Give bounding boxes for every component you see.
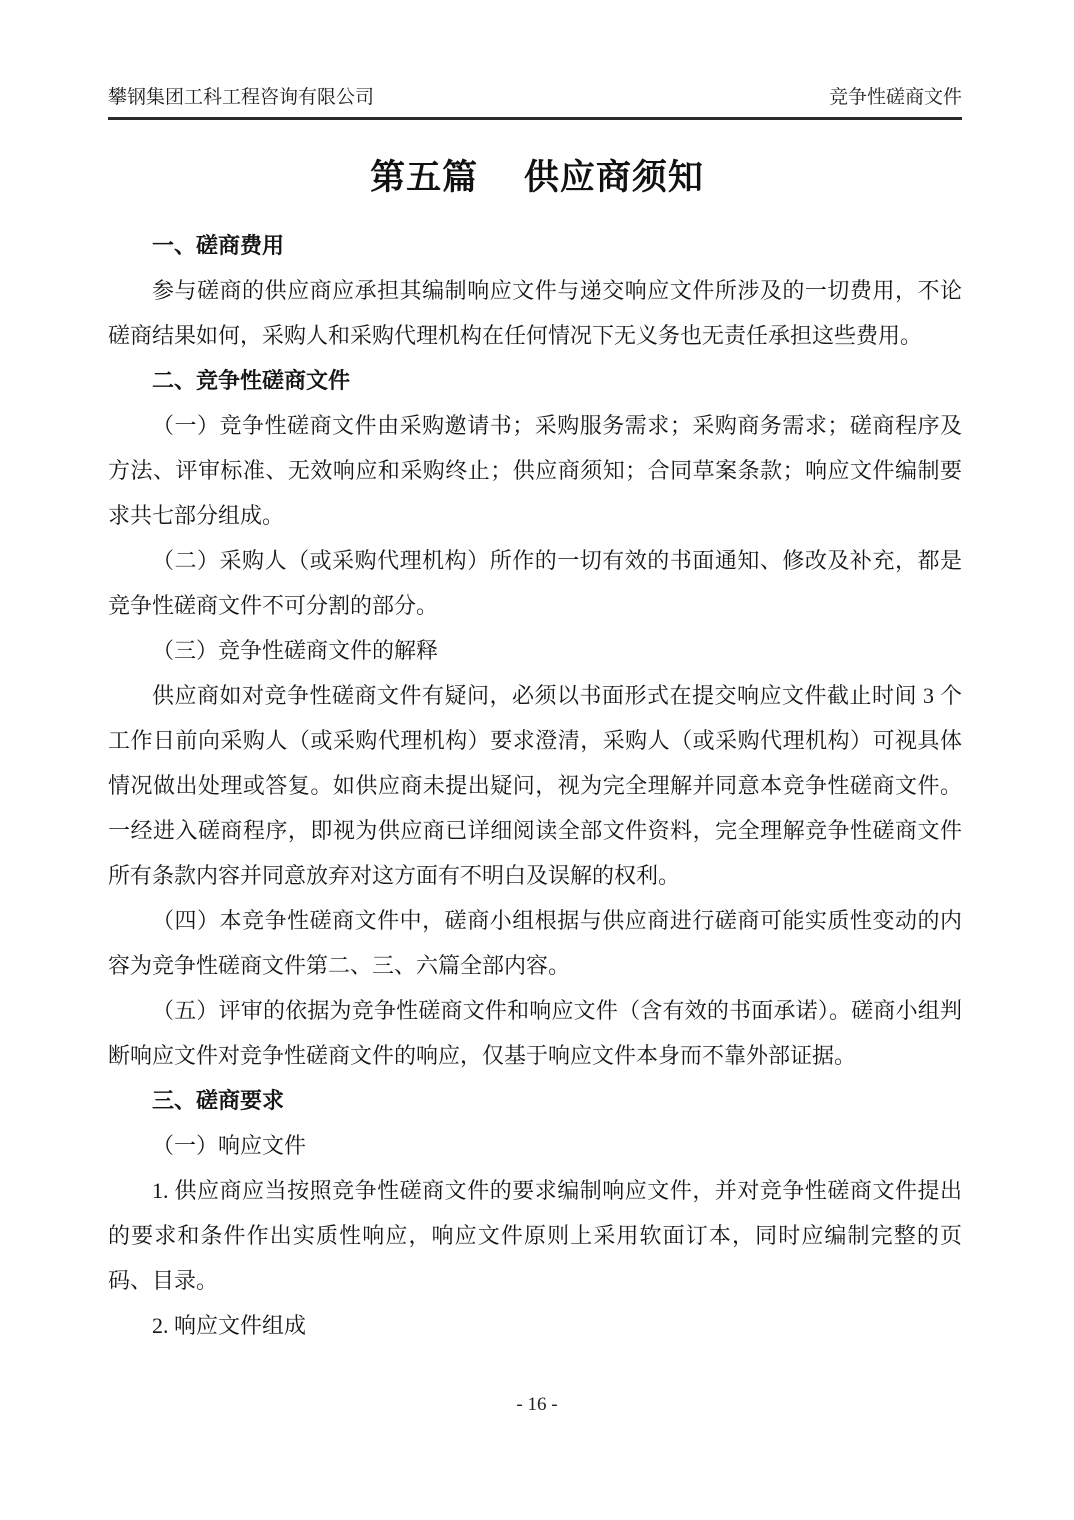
page-number: - 16 - bbox=[0, 1394, 1074, 1416]
paragraph: （四）本竞争性磋商文件中，磋商小组根据与供应商进行磋商可能实质性变动的内容为竞争… bbox=[108, 898, 962, 988]
paragraph: 参与磋商的供应商应承担其编制响应文件与递交响应文件所涉及的一切费用，不论磋商结果… bbox=[108, 268, 962, 358]
section-heading: 二、竞争性磋商文件 bbox=[108, 358, 962, 403]
section-heading: 一、磋商费用 bbox=[108, 223, 962, 268]
paragraph: （五）评审的依据为竞争性磋商文件和响应文件（含有效的书面承诺）。磋商小组判断响应… bbox=[108, 988, 962, 1078]
paragraph: （一）响应文件 bbox=[108, 1123, 962, 1168]
document-body: 一、磋商费用参与磋商的供应商应承担其编制响应文件与递交响应文件所涉及的一切费用，… bbox=[108, 223, 962, 1348]
paragraph: （一）竞争性磋商文件由采购邀请书；采购服务需求；采购商务需求；磋商程序及方法、评… bbox=[108, 403, 962, 538]
header-company-name: 攀钢集团工科工程咨询有限公司 bbox=[108, 86, 374, 110]
paragraph: （二）采购人（或采购代理机构）所作的一切有效的书面通知、修改及补充，都是竞争性磋… bbox=[108, 538, 962, 628]
paragraph: 1. 供应商应当按照竞争性磋商文件的要求编制响应文件，并对竞争性磋商文件提出的要… bbox=[108, 1168, 962, 1303]
page-title: 第五篇 供应商须知 bbox=[0, 150, 1074, 200]
page-header: 攀钢集团工科工程咨询有限公司 竞争性磋商文件 bbox=[108, 86, 962, 120]
paragraph: （三）竞争性磋商文件的解释 bbox=[108, 628, 962, 673]
paragraph: 供应商如对竞争性磋商文件有疑问，必须以书面形式在提交响应文件截止时间 3 个工作… bbox=[108, 673, 962, 898]
header-doc-type: 竞争性磋商文件 bbox=[829, 86, 962, 110]
paragraph: 2. 响应文件组成 bbox=[108, 1303, 962, 1348]
document-page: 攀钢集团工科工程咨询有限公司 竞争性磋商文件 第五篇 供应商须知 一、磋商费用参… bbox=[0, 0, 1074, 1520]
section-heading: 三、磋商要求 bbox=[108, 1078, 962, 1123]
